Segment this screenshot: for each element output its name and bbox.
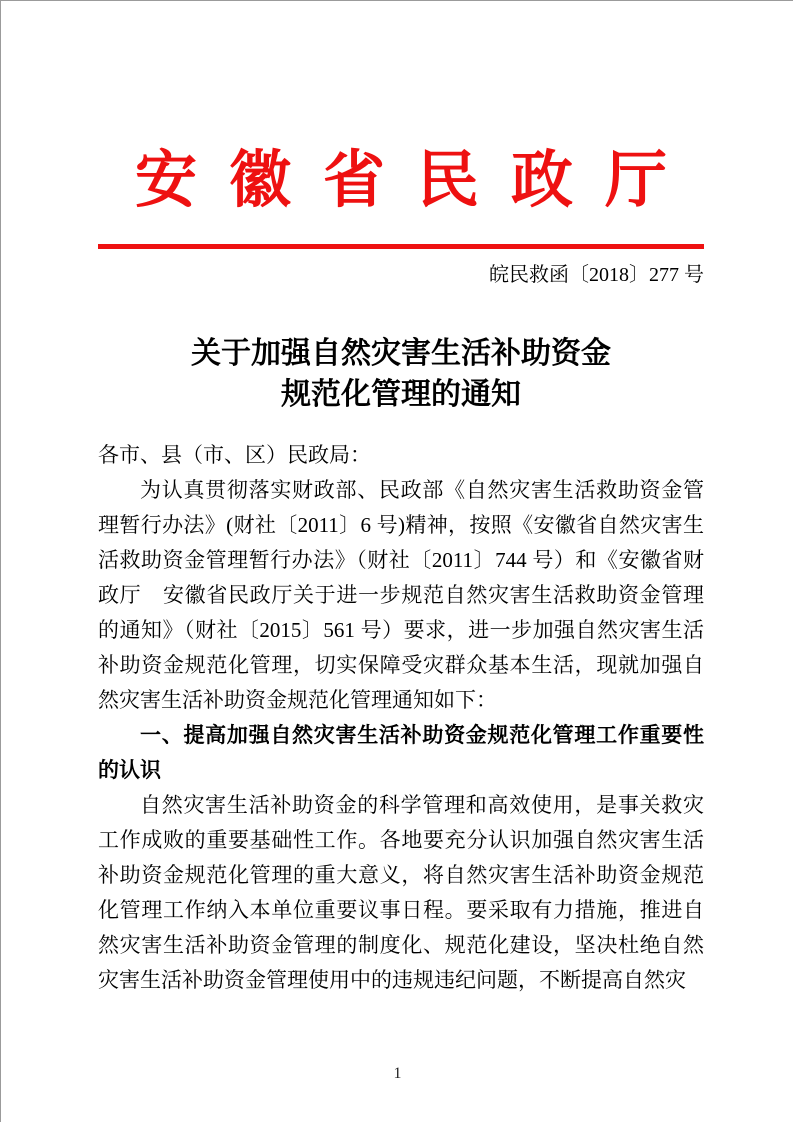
document-number: 皖民救函〔2018〕277 号 <box>98 262 704 288</box>
page-number: 1 <box>1 1065 793 1083</box>
document-title-line1: 关于加强自然灾害生活补助资金 <box>98 333 704 374</box>
salutation: 各市、县（市、区）民政局： <box>98 438 704 473</box>
agency-header-title: 安徽省民政厅 <box>98 147 704 215</box>
document-title-line2: 规范化管理的通知 <box>98 374 704 415</box>
document-title: 关于加强自然灾害生活补助资金 规范化管理的通知 <box>98 333 704 415</box>
document-page: 安徽省民政厅 皖民救函〔2018〕277 号 关于加强自然灾害生活补助资金 规范… <box>1 1 793 1122</box>
paragraph: 自然灾害生活补助资金的科学管理和高效使用，是事关救灾工作成败的重要基础性工作。各… <box>98 788 704 998</box>
header-divider-line <box>98 244 704 249</box>
document-content: 安徽省民政厅 皖民救函〔2018〕277 号 关于加强自然灾害生活补助资金 规范… <box>98 1 704 998</box>
section-heading: 一、提高加强自然灾害生活补助资金规范化管理工作重要性的认识 <box>98 718 704 788</box>
paragraph: 为认真贯彻落实财政部、民政部《自然灾害生活救助资金管理暂行办法》(财社〔2011… <box>98 473 704 718</box>
document-body: 各市、县（市、区）民政局： 为认真贯彻落实财政部、民政部《自然灾害生活救助资金管… <box>98 438 704 998</box>
